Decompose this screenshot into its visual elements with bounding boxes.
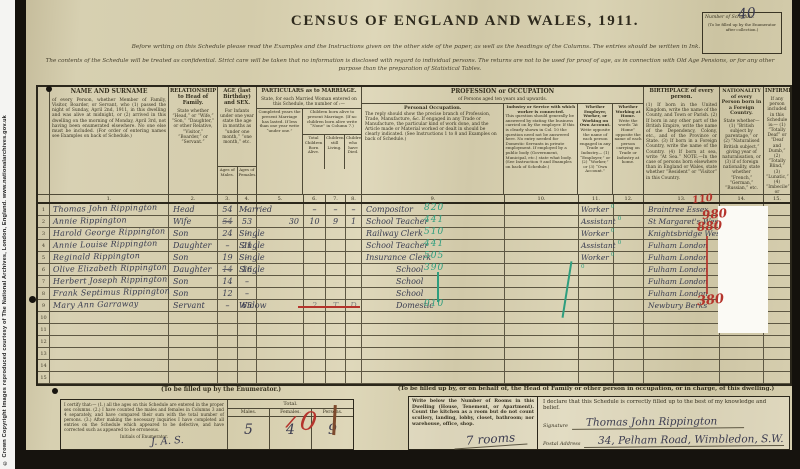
cell-employer: Worker0 [579,252,614,263]
cell-empty [257,312,304,323]
column-number: 12. [614,195,644,202]
cell-empty [304,372,326,383]
cell-name: Frank Septimus Rippington [50,288,169,299]
cell-empty [218,348,238,359]
column-number: 9. [362,195,505,202]
cell-age-male: 14 [218,264,238,275]
cell-children-living [326,264,346,275]
header-industry: Industry or Service with which worker is… [504,104,578,194]
cell-children-living [326,288,346,299]
cell-empty [257,324,304,335]
column-number: 10. [505,195,579,202]
cell-empty [720,360,764,371]
header-age-note: For Infants under one year state the age… [218,108,256,166]
cell-empty [257,360,304,371]
cell-empty [238,312,257,323]
cell-occupation: School Teacher441 [362,216,505,227]
cell-row-number: 4 [38,240,50,251]
cell-occupation: School Teacher441 [362,240,505,251]
cell-industry [505,252,579,263]
cell-row-number: 3 [38,228,50,239]
column-number: 2. [169,195,218,202]
table-row-empty: 15 [38,372,790,384]
census-schedule-scan: © Crown Copyright Images reproduced cour… [0,0,800,469]
cell-birthplace: Fulham London [644,276,720,287]
header-birthplace: BIRTHPLACE of every person. (1) If born … [644,87,720,194]
red-code-4: 380 [696,292,725,310]
cell-empty [218,336,238,347]
cell-name: Harold George Rippington [50,228,169,239]
cell-at-home [614,204,644,215]
cell-marriage-condition: Married [257,204,304,215]
table-header: NAME AND SURNAME of every Person, whethe… [38,87,790,195]
red-code-3: 880 [697,218,723,234]
cell-empty [505,312,579,323]
cell-empty [218,372,238,383]
cell-employer [579,288,614,299]
cell-empty [304,312,326,323]
column-number: 8. [346,195,362,202]
enumerator-initials-signature: J. A. S. [151,435,185,449]
header-employer-title: Whether Employer, Worker, or Working on … [579,105,611,128]
cell-empty [505,324,579,335]
column-number: 3. [218,195,238,202]
header-occupation-note: The reply should show the precise branch… [365,112,500,142]
cell-children-born [304,264,326,275]
cell-empty [614,360,644,371]
cell-at-home [614,216,644,227]
cell-empty [644,348,720,359]
cell-row-number: 9 [38,300,50,311]
cell-empty [505,360,579,371]
cell-row-number: 14 [38,360,50,371]
cell-empty [579,324,614,335]
copyright-text: © Crown Copyright Images reproduced cour… [2,115,8,465]
cell-age-male: 14 [218,276,238,287]
cell-empty [505,336,579,347]
cell-empty [304,324,326,335]
table-row: 1Thomas John RippingtonHead54–Married–––… [38,204,790,216]
table-body: 1Thomas John RippingtonHead54–Married–––… [38,204,790,384]
cell-marriage-condition [257,288,304,299]
cell-children-living [326,240,346,251]
header-age-females: Ages of Females. [238,167,257,194]
header-athome-title: Whether Working at Home. [614,105,642,119]
cell-age-male: 12 [218,288,238,299]
cell-relationship: Son [169,276,218,287]
cell-empty [362,324,505,335]
cell-empty [304,348,326,359]
cell-age-male: 19 [218,252,238,263]
signature-label: Signature [543,423,568,429]
header-profession-sub: of Persons aged ten years and upwards. [362,96,643,104]
cell-children-born [304,276,326,287]
cell-name: Olive Elizabeth Rippington [50,264,169,275]
header-children-note: Children born alive to present Marriage.… [303,109,361,135]
cell-age-male: – [218,300,238,311]
cell-empty [257,348,304,359]
cell-empty [614,312,644,323]
cell-birthplace: Fulham London [644,264,720,275]
cell-marriage-condition: Single [257,228,304,239]
header-marriage-years: Completed years the present Marriage has… [257,109,303,194]
header-marriage-note: State, for each Married Woman entered on… [257,96,361,108]
blank-patch [718,206,768,333]
cell-marriage-condition: Single [257,264,304,275]
cell-children-living: 9 [326,216,346,227]
cell-empty [346,348,362,359]
cell-empty [326,372,346,383]
table-row-empty: 10 [38,312,790,324]
address-value: 34, Pelham Road, Wimbledon, S.W. [584,433,784,448]
cell-empty [326,312,346,323]
cell-empty [257,336,304,347]
page-title: CENSUS OF ENGLAND AND WALES, 1911. [265,13,665,30]
instruction-line-1: Before writing on this Schedule please r… [86,44,746,50]
cell-marriage-condition: Single [257,252,304,263]
red-strike-line [298,306,360,308]
header-infirmity-title: INFIRMITY. [764,87,790,96]
column-number: 6. [304,195,326,202]
table-row-empty: 11 [38,324,790,336]
cell-empty [50,324,169,335]
cell-industry [505,300,579,311]
males-total: 5 [228,417,270,449]
cell-occupation: School [362,276,505,287]
cell-age-female: – [238,276,257,287]
cell-empty [346,312,362,323]
cell-empty [579,348,614,359]
column-number: 1. [50,195,169,202]
red-vertical-line [706,236,708,294]
cell-employer: Assistant0 [579,216,614,227]
cell-row-number: 2 [38,216,50,227]
cell-name: Annie Louise Rippington [50,240,169,251]
cell-empty [304,360,326,371]
census-table: NAME AND SURNAME of every Person, whethe… [36,85,792,386]
enumerator-certification: I certify that:— (1.) all the ages on th… [61,400,228,449]
table-row-empty: 13 [38,348,790,360]
header-row-number [38,87,50,194]
cell-empty [614,324,644,335]
initials-label: Initials of Enumerator. [64,434,224,439]
cell-row-number: 5 [38,252,50,263]
header-nationality-note: State whether— (1) “British subject by p… [720,118,763,193]
cell-at-home [614,300,644,311]
cell-empty [644,360,720,371]
enumerator-section-heading: (To be filled up by the Enumerator.) [86,386,356,393]
cell-age-male: 54 [218,204,238,215]
header-athome: Whether Working at Home. Write the words… [613,104,643,194]
cell-name: Reginald Rippington [50,252,169,263]
schedule-number-sub: (To be filled up by the Enumerator after… [705,23,779,32]
declaration-area: I declare that this Schedule is correctl… [538,397,789,449]
cell-name: Annie Rippington [50,216,169,227]
cell-employer [579,300,614,311]
header-profession-group: PROFESSION or OCCUPATION of Persons aged… [362,87,644,194]
cell-children-born [304,288,326,299]
cell-empty [50,312,169,323]
cell-relationship: Servant [169,300,218,311]
cell-empty [238,372,257,383]
cell-empty [50,336,169,347]
cell-empty [238,360,257,371]
cell-children-living [326,276,346,287]
cell-empty [720,372,764,383]
punch-hole [52,388,58,394]
cell-empty [326,360,346,371]
cell-empty [304,336,326,347]
cell-empty [362,360,505,371]
cell-name: Mary Ann Garraway [50,300,169,311]
cell-marriage-condition: Widow [257,300,304,311]
cell-children-died [346,228,362,239]
column-number: 11. [579,195,614,202]
cell-row-number: 8 [38,288,50,299]
cell-at-home [614,240,644,251]
cell-at-home [614,264,644,275]
cell-empty [50,372,169,383]
cell-occupation: School [362,288,505,299]
cell-empty [614,372,644,383]
cell-employer: Worker0 [579,228,614,239]
cell-empty [169,360,218,371]
cell-at-home [614,288,644,299]
cell-industry [505,288,579,299]
cell-empty [218,312,238,323]
header-athome-note: Write the words “At Home” opposite the n… [614,119,642,165]
header-name: NAME AND SURNAME of every Person, whethe… [50,87,169,194]
cell-empty [50,360,169,371]
table-row: 9Mary Ann GarrawayServant–65Widow2TDDome… [38,300,790,312]
cell-row-number: 13 [38,348,50,359]
cell-marriage-condition [257,276,304,287]
header-relationship-title: RELATIONSHIP to Head of Family. [169,87,217,108]
cell-employer [579,276,614,287]
cell-row-number: 6 [38,264,50,275]
cell-name: Herbert Joseph Rippington [50,276,169,287]
cell-empty [326,348,346,359]
cell-row-number: 10 [38,312,50,323]
cell-empty [326,324,346,335]
rooms-value: 7 rooms [454,429,528,449]
header-birthplace-title: BIRTHPLACE of every person. [644,87,719,102]
cell-children-died [346,252,362,263]
cell-empty [362,372,505,383]
punch-hole [46,86,52,92]
cell-empty [326,336,346,347]
signature-value: Thomas John Rippington [572,415,744,430]
cell-occupation: Domestic010 [362,300,505,311]
males-label: Males. [228,409,270,416]
cell-employer: Assistant0 [579,240,614,251]
cell-children-died [346,240,362,251]
cell-empty [218,324,238,335]
cell-children-died [346,264,362,275]
cell-empty [644,336,720,347]
cell-relationship: Daughter [169,240,218,251]
header-children-group: Children born alive to present Marriage.… [303,109,361,194]
header-occupation: Personal Occupation. The reply should sh… [362,104,504,194]
cell-row-number: 11 [38,324,50,335]
copyright-strip: © Crown Copyright Images reproduced cour… [0,0,15,469]
cell-birthplace: Fulham London [644,252,720,263]
cell-empty [614,336,644,347]
cell-occupation: School390 [362,264,505,275]
cell-birthplace: Fulham London [644,240,720,251]
header-age-title: AGE (last Birthday) and SEX. [218,87,256,108]
green-ditto-line [437,272,439,302]
header-infirmity: INFIRMITY. If any person included in thi… [764,87,790,194]
cell-empty [169,372,218,383]
cell-empty [362,312,505,323]
cell-empty [764,336,790,347]
cell-industry [505,216,579,227]
cell-empty [169,336,218,347]
cell-children-born: 10 [304,216,326,227]
column-number: 15. [764,195,790,202]
cell-age-male: 54 [218,216,238,227]
cell-empty [238,348,257,359]
cell-row-number: 7 [38,276,50,287]
cell-employer: Worker0 [579,204,614,215]
cell-empty [346,336,362,347]
cell-industry [505,240,579,251]
declaration-box: Write below the Number of Rooms in this … [408,396,790,450]
header-industry-note: This question should generally be answer… [505,114,576,169]
cell-children-living [326,252,346,263]
cell-empty [579,360,614,371]
schedule-number-value: 40 [737,5,756,23]
cell-empty [644,372,720,383]
cell-children-died: – [346,204,362,215]
cell-empty [644,312,720,323]
cell-empty [764,360,790,371]
cell-empty [579,336,614,347]
enumerator-certify-text: I certify that:— (1.) all the ages on th… [64,402,224,432]
cell-empty [238,324,257,335]
cell-occupation: Compositor820 [362,204,505,215]
header-relationship-note: State whether “Head,” or “Wife,” “Son,” … [169,108,217,146]
table-row: 4Annie Louise RippingtonDaughter–21Singl… [38,240,790,252]
cell-empty [579,312,614,323]
cell-children-born [304,240,326,251]
cell-employer: 0 [579,264,614,275]
cell-empty [362,336,505,347]
declaration-text: I declare that this Schedule is correctl… [543,399,784,411]
cell-age-female: – [238,288,257,299]
cell-empty [505,372,579,383]
cell-empty [218,360,238,371]
header-name-title: NAME AND SURNAME [50,87,168,97]
cell-children-died [346,276,362,287]
cell-at-home [614,276,644,287]
cell-relationship: Wife [169,216,218,227]
cell-empty [169,348,218,359]
header-employer-note: Write opposite the name of each person e… [579,128,611,174]
header-employer: Whether Employer, Worker, or Working on … [578,104,613,194]
scan-edge-right [792,0,800,469]
cell-relationship: Son [169,228,218,239]
cell-empty [238,336,257,347]
cell-children-born: – [304,204,326,215]
cell-relationship: Daughter [169,264,218,275]
rooms-box: Write below the Number of Rooms in this … [409,397,538,449]
cell-industry [505,228,579,239]
cell-marriage-condition: 30 [257,216,304,227]
column-number: 5. [257,195,304,202]
cell-marriage-condition: Single [257,240,304,251]
cell-at-home [614,228,644,239]
header-marriage-group: PARTICULARS as to MARRIAGE. State, for e… [257,87,362,194]
cell-empty [346,360,362,371]
header-name-note: of every Person, whether Member of Famil… [50,97,168,141]
cell-empty [644,324,720,335]
cell-empty [50,348,169,359]
column-number: 7. [326,195,346,202]
cell-empty [362,348,505,359]
table-row-empty: 14 [38,360,790,372]
cell-children-died [346,288,362,299]
cell-children-living: – [326,204,346,215]
cell-industry [505,204,579,215]
header-profession-title: PROFESSION or OCCUPATION [362,87,643,96]
cell-occupation: Insurance Clerk505 [362,252,505,263]
punch-hole [29,296,36,303]
header-children-died: Children who have Died. [345,135,361,169]
rooms-instruction: Write below the Number of Rooms in this … [412,399,534,428]
header-age-group: AGE (last Birthday) and SEX. For Infants… [218,87,257,194]
cell-empty [505,348,579,359]
cell-empty [764,372,790,383]
cell-row-number: 15 [38,372,50,383]
table-row: 8Frank Septimus RippingtonSon12–SchoolFu… [38,288,790,300]
header-age-males: Ages of Males. [218,167,238,194]
header-nationality-title: NATIONALITY of every Person born in a Fo… [720,87,763,118]
cell-relationship: Son [169,252,218,263]
header-marriage-title: PARTICULARS as to MARRIAGE. [257,87,361,96]
cell-empty [169,324,218,335]
cell-children-died: 1 [346,216,362,227]
cell-empty [579,372,614,383]
paper: CENSUS OF ENGLAND AND WALES, 1911. Numbe… [26,0,793,452]
header-relationship: RELATIONSHIP to Head of Family. State wh… [169,87,218,194]
column-number: 4. [238,195,257,202]
scan-edge-left [15,0,26,469]
cell-age-male: – [218,240,238,251]
address-label: Postal Address [543,441,580,447]
scan-edge-bottom [15,450,800,469]
cell-name: Thomas John Rippington [50,204,169,215]
declaration-section-heading: (To be filled up by, or on behalf of, th… [376,386,796,392]
table-row-empty: 12 [38,336,790,348]
cell-children-living [326,228,346,239]
header-infirmity-note: If any person included in this Schedule … [764,96,790,194]
header-nationality: NATIONALITY of every Person born in a Fo… [720,87,764,194]
cell-at-home [614,252,644,263]
header-birthplace-note: (1) If born in the United Kingdom, write… [644,102,719,182]
instruction-line-2: The contents of the Schedule will be tre… [34,57,786,74]
cell-relationship: Son [169,288,218,299]
cell-row-number: 12 [38,336,50,347]
cell-empty [169,312,218,323]
cell-age-female: 53 [238,216,257,227]
cell-row-number: 1 [38,204,50,215]
cell-occupation: Railway Clerk510 [362,228,505,239]
cell-age-male: 24 [218,228,238,239]
header-children-born: Total Children Born Alive. [303,135,325,169]
cell-children-born [304,228,326,239]
